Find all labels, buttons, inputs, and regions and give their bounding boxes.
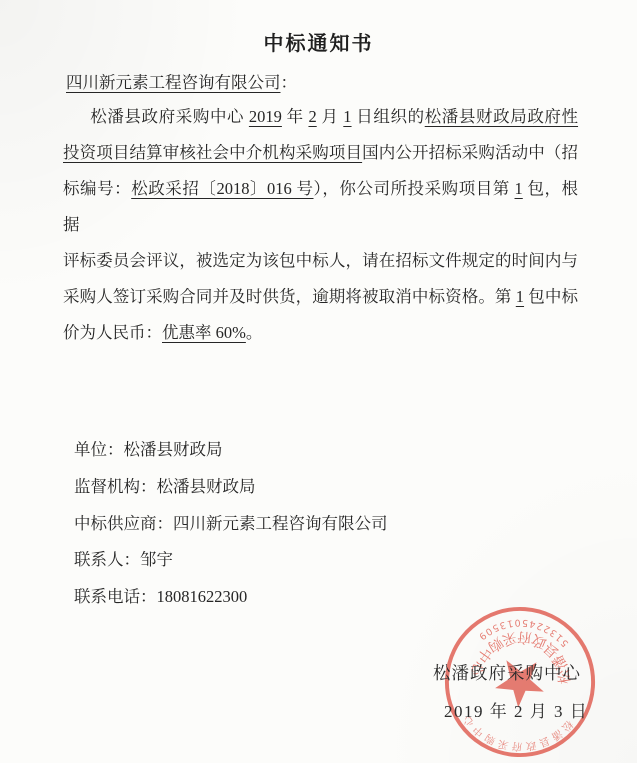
underlined-text: 1 <box>343 107 351 126</box>
info-label: 单位： <box>74 440 124 459</box>
info-row-unit: 单位：松潘县财政局 <box>74 432 388 469</box>
document-title: 中标通知书 <box>0 27 637 56</box>
document-page: 中标通知书 四川新元素工程咨询有限公司： 松潘县政府采购中心 2019 年 2 … <box>0 0 637 763</box>
underlined-text: 松潘县财政局政府性 <box>425 107 578 126</box>
text-run: 包中标 <box>524 287 578 306</box>
info-label: 联系电话： <box>74 587 157 606</box>
info-label: 中标供应商： <box>74 514 173 533</box>
text-run: 日组织的 <box>352 107 425 126</box>
underlined-text: 投资项目结算审核社会中介机构采购项目 <box>63 143 362 162</box>
signature-date: 2019 年 2 月 3 日 <box>444 697 588 722</box>
info-value: 四川新元素工程咨询有限公司 <box>173 514 388 533</box>
text-run: ），你公司所投采购项目第 <box>314 179 515 198</box>
text-run: 年 <box>282 107 309 126</box>
text-run: 评标委员会评议，被选定为该包中标人，请在招标文件规定的时间内与 <box>63 251 578 270</box>
underlined-text: 1 <box>515 179 523 198</box>
info-row-contact-phone: 联系电话：18081622300 <box>74 579 388 616</box>
info-row-supervisor: 监督机构：松潘县财政局 <box>74 469 388 506</box>
info-value: 18081622300 <box>157 587 248 606</box>
text-run: 采购人签订采购合同并及时供货，逾期将被取消中标资格。第 <box>63 287 516 306</box>
text-run: 月 <box>317 107 344 126</box>
body-paragraph: 松潘县政府采购中心 2019 年 2 月 1 日组织的松潘县财政局政府性 投资项… <box>63 99 578 351</box>
info-row-contact-person: 联系人：邹宇 <box>74 542 388 579</box>
info-block: 单位：松潘县财政局 监督机构：松潘县财政局 中标供应商：四川新元素工程咨询有限公… <box>74 432 388 616</box>
text-run: 。 <box>246 323 263 342</box>
underlined-text: 1 <box>516 287 524 306</box>
addressee-company: 四川新元素工程咨询有限公司 <box>66 73 281 92</box>
info-value: 松潘县财政局 <box>157 477 256 496</box>
salutation-line: 四川新元素工程咨询有限公司： <box>66 69 297 93</box>
body-line-6: 价为人民币：优惠率 60%。 <box>63 315 578 351</box>
body-line-5: 采购人签订采购合同并及时供货，逾期将被取消中标资格。第 1 包中标 <box>63 279 578 315</box>
underlined-text: 松政采招〔2018〕016 号 <box>131 179 313 198</box>
text-run: 国内公开招标采购活动中（招 <box>362 143 578 162</box>
text-run: 松潘县政府采购中心 <box>90 107 249 126</box>
body-line-2: 投资项目结算审核社会中介机构采购项目国内公开招标采购活动中（招 <box>63 135 578 171</box>
text-run: 标编号： <box>63 179 131 198</box>
body-line-1: 松潘县政府采购中心 2019 年 2 月 1 日组织的松潘县财政局政府性 <box>63 99 578 135</box>
info-value: 松潘县财政局 <box>124 440 223 459</box>
info-label: 监督机构： <box>74 477 157 496</box>
body-line-4: 评标委员会评议，被选定为该包中标人，请在招标文件规定的时间内与 <box>63 243 578 279</box>
salutation-colon: ： <box>281 73 298 92</box>
signature-organization: 松潘政府采购中心 <box>433 660 581 685</box>
underlined-text: 2 <box>308 107 316 126</box>
body-line-3: 标编号：松政采招〔2018〕016 号），你公司所投采购项目第 1 包，根据 <box>63 171 578 243</box>
text-run: 价为人民币： <box>63 323 162 342</box>
info-row-winning-supplier: 中标供应商：四川新元素工程咨询有限公司 <box>74 506 388 543</box>
underlined-text: 2019 <box>249 107 282 126</box>
underlined-text: 优惠率 60% <box>162 323 246 342</box>
info-value: 邹宇 <box>140 550 173 569</box>
info-label: 联系人： <box>74 550 140 569</box>
